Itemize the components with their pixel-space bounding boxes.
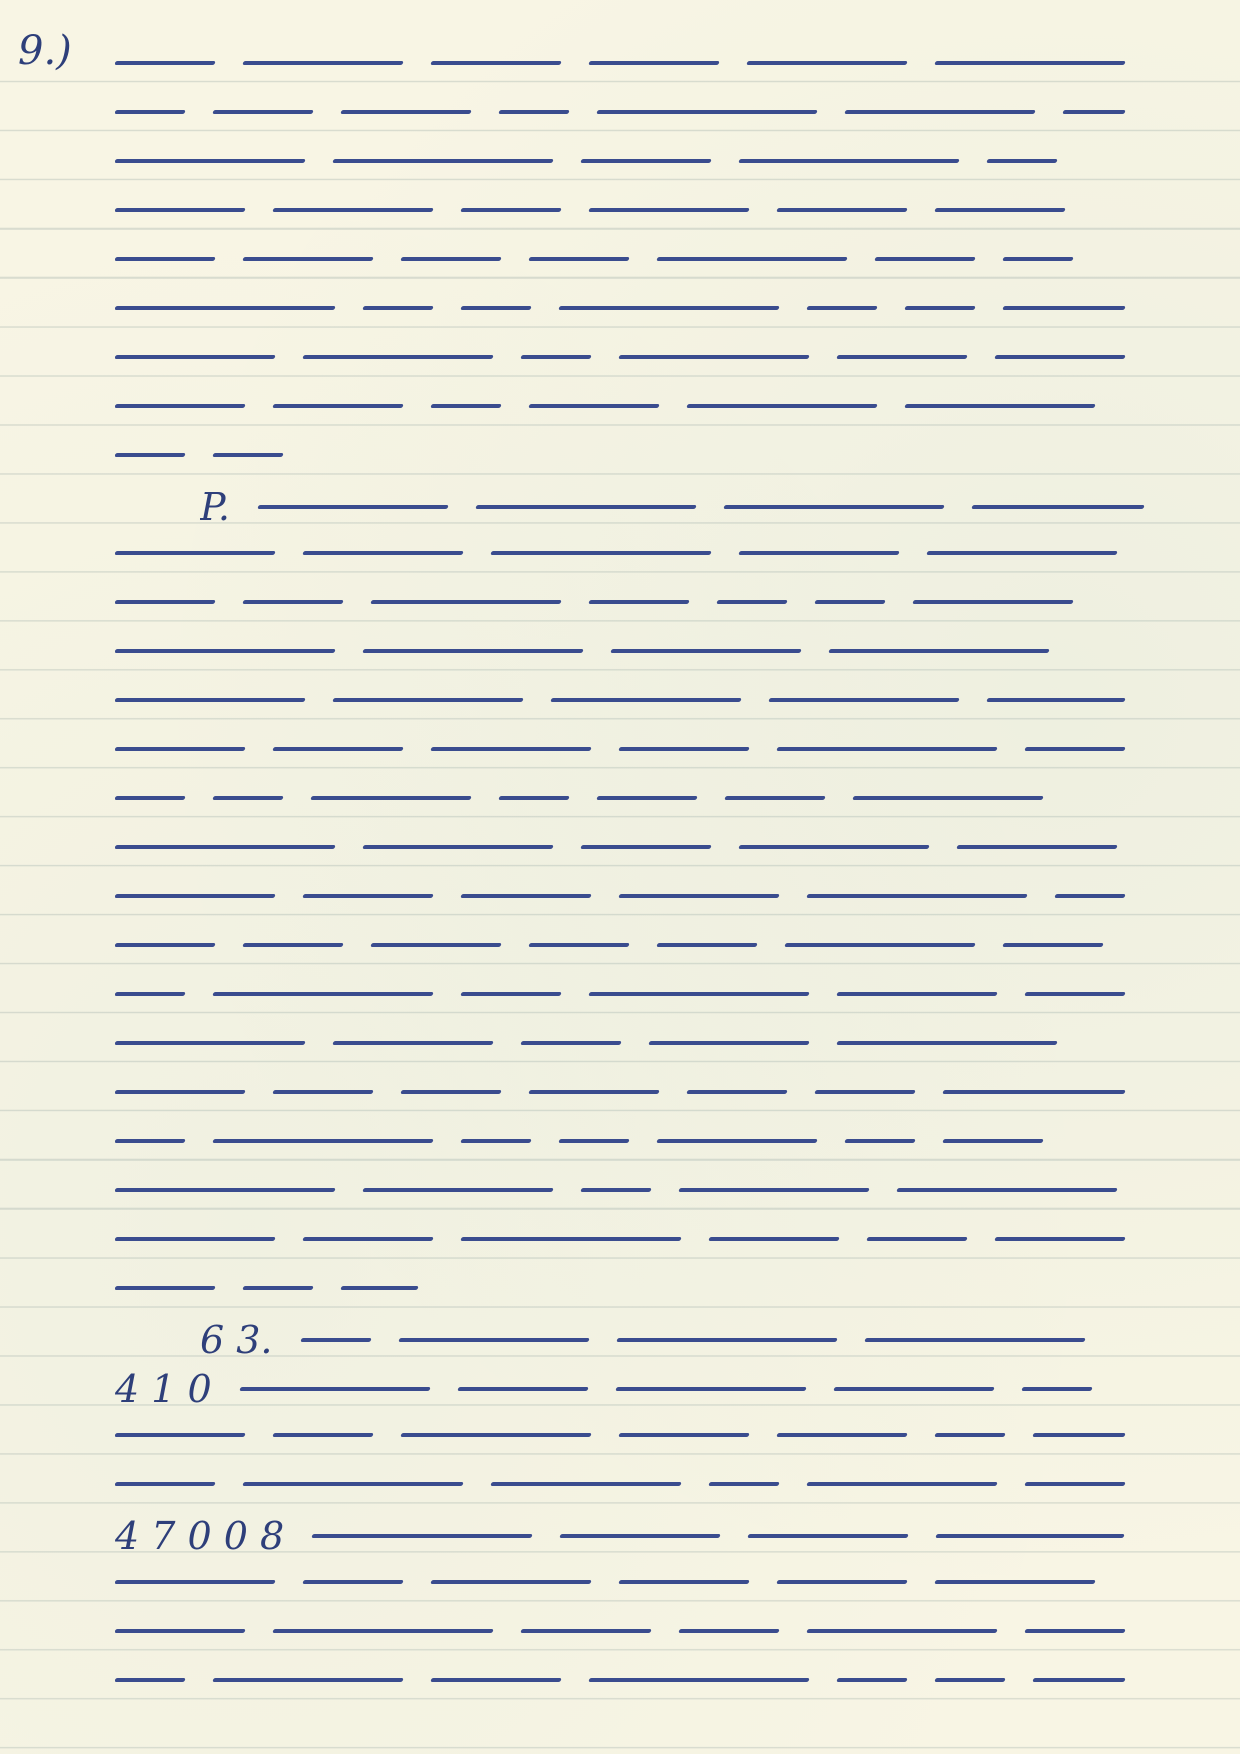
ink-word [806,1482,997,1486]
ink-word [400,1090,501,1094]
ink-word [618,747,749,751]
ink-word [520,355,591,359]
ink-word [806,1629,997,1633]
ink-word [520,1629,651,1633]
ink-word [310,796,471,800]
ink-word [242,943,343,947]
ink-word [986,159,1057,163]
ink-word [272,404,403,408]
ink-word [1002,943,1103,947]
ink-word [738,551,899,555]
ink-word [708,1237,839,1241]
line-marker: P. [200,485,230,529]
ink-word [430,404,501,408]
ink-word [836,1041,1057,1045]
ink-word [212,453,283,457]
ink-word [1054,894,1125,898]
handwritten-line [115,1171,1210,1215]
ink-word [115,159,306,163]
ink-word [115,845,336,849]
ink-word [115,1237,276,1241]
ink-word [242,61,403,65]
ink-word [300,1338,371,1342]
manuscript-page: 9.) P.6 3.4 1 04 7 0 0 8 [0,0,1240,1754]
line-marker: 4 1 0 [115,1367,212,1411]
ink-word [648,1041,809,1045]
ink-word [558,306,779,310]
ink-word [460,992,561,996]
ink-word [242,600,343,604]
handwritten-line [115,191,1210,235]
ink-word [528,404,659,408]
ink-word [833,1387,994,1391]
ink-word [768,698,959,702]
ink-word [370,600,561,604]
ink-word [115,208,246,212]
ink-word [1024,1629,1125,1633]
handwritten-line [115,632,1210,676]
ink-word [370,943,501,947]
ink-word [724,796,825,800]
handwritten-line [115,240,1210,284]
ink-word [747,1534,908,1538]
line-marker: 6 3. [200,1318,273,1362]
ink-word [814,1090,915,1094]
ink-word [115,1678,186,1682]
ink-word [616,1338,837,1342]
ink-word [852,796,1043,800]
line-marker: 4 7 0 0 8 [115,1514,284,1558]
ink-word [844,110,1035,114]
ink-word [490,551,711,555]
ink-word [242,257,373,261]
ink-word [723,505,944,509]
ink-word [784,943,975,947]
ink-word [942,1090,1125,1094]
handwritten-line [115,1220,1210,1264]
ink-word [272,1090,373,1094]
handwritten-line [115,1416,1210,1460]
ink-word [994,1237,1125,1241]
ink-word [302,1237,433,1241]
handwritten-line [115,877,1210,921]
ink-word [115,1090,246,1094]
ink-word [615,1387,806,1391]
ink-word [430,1678,561,1682]
ink-word [475,505,696,509]
ink-word [115,453,186,457]
ink-word [362,1188,553,1192]
ink-word [212,796,283,800]
ink-word [115,551,276,555]
ink-word [302,355,493,359]
ink-word [844,1139,915,1143]
ink-word [302,894,433,898]
ink-word [332,1041,493,1045]
ink-word [904,306,975,310]
ink-word [1002,306,1125,310]
ink-word [1002,257,1073,261]
ink-word [618,1580,749,1584]
ink-word [115,649,336,653]
ink-word [678,1188,869,1192]
ink-word [400,257,501,261]
ink-word [618,894,779,898]
handwritten-line [115,1465,1210,1509]
ink-word [738,845,929,849]
ink-word [1024,992,1125,996]
ink-word [1024,747,1125,751]
ink-word [678,1629,779,1633]
handwritten-line [115,1269,1210,1313]
handwritten-line: 6 3. [200,1318,1210,1362]
ink-word [115,1286,216,1290]
ink-word [302,551,463,555]
ink-word [115,796,186,800]
ink-word [115,600,216,604]
ink-word [528,943,629,947]
ink-word [430,61,561,65]
ink-word [588,1678,809,1682]
ink-word [896,1188,1117,1192]
ink-word [596,110,817,114]
ink-word [836,355,967,359]
ink-word [115,894,276,898]
ink-word [460,1139,531,1143]
ink-word [580,1188,651,1192]
ink-word [430,1580,591,1584]
ink-word [806,306,877,310]
ink-word [656,943,757,947]
ink-word [460,208,561,212]
ink-word [864,1338,1085,1342]
ink-word [272,208,433,212]
ink-word [115,698,306,702]
ink-word [239,1387,430,1391]
handwritten-line [115,387,1210,431]
ink-word [272,1629,493,1633]
handwritten-line [115,436,1210,480]
ink-word [115,1433,246,1437]
handwritten-line [115,583,1210,627]
ink-word [994,355,1125,359]
ink-word [1032,1433,1125,1437]
ink-word [1024,1482,1125,1486]
ink-word [559,1534,720,1538]
ink-word [618,1433,749,1437]
ink-word [956,845,1117,849]
ink-word [596,796,697,800]
ink-word [528,257,629,261]
ink-word [460,306,531,310]
ink-word [362,306,433,310]
ink-word [340,1286,418,1290]
ink-word [935,1534,1124,1538]
ink-word [115,1188,336,1192]
page-number: 9.) [18,28,72,74]
ink-word [115,1629,246,1633]
handwritten-line [115,534,1210,578]
handwritten-line [115,1563,1210,1607]
handwritten-line [115,1612,1210,1656]
ink-word [904,404,1095,408]
ink-word [272,1433,373,1437]
ink-word [212,110,313,114]
ink-word [1032,1678,1125,1682]
handwritten-line [115,779,1210,823]
handwritten-line [115,44,1210,88]
ink-word [934,1678,1005,1682]
ink-word [550,698,741,702]
handwritten-line [115,681,1210,725]
ink-word [302,1580,403,1584]
ink-word [814,600,885,604]
ink-word [311,1534,532,1538]
ink-word [934,1433,1005,1437]
ink-word [272,747,403,751]
ink-word [115,747,246,751]
ink-word [874,257,975,261]
ink-word [926,551,1117,555]
ink-word [332,698,523,702]
ink-word [776,208,907,212]
ink-word [934,208,1065,212]
ink-word [776,747,997,751]
ink-word [242,1482,463,1486]
ink-word [746,61,907,65]
ink-word [400,1433,591,1437]
ink-word [212,992,433,996]
ink-word [115,1139,186,1143]
ink-word [580,159,711,163]
ink-word [460,894,591,898]
ink-word [828,649,1049,653]
handwritten-line: 4 7 0 0 8 [115,1514,1210,1558]
ink-word [430,747,591,751]
handwritten-line: P. [200,485,1210,529]
ink-word [242,1286,313,1290]
ink-word [498,796,569,800]
ink-word [708,1482,779,1486]
ink-word [115,992,186,996]
ink-word [588,600,689,604]
ink-word [580,845,711,849]
ink-word [332,159,553,163]
ink-word [618,355,809,359]
ink-word [836,992,997,996]
ink-word [490,1482,681,1486]
ink-word [398,1338,589,1342]
handwritten-line [115,730,1210,774]
ink-word [457,1387,588,1391]
ink-word [528,1090,659,1094]
ink-word [362,649,583,653]
ink-word [912,600,1073,604]
ink-word [558,1139,629,1143]
ink-word [115,1482,216,1486]
ink-word [776,1433,907,1437]
ink-word [212,1678,403,1682]
ink-word [776,1580,907,1584]
ink-word [115,306,336,310]
handwritten-line [115,975,1210,1019]
ink-word [934,1580,1095,1584]
ink-word [866,1237,967,1241]
ink-word [212,1139,433,1143]
ink-word [115,1041,306,1045]
ink-word [115,1580,276,1584]
handwritten-line [115,1122,1210,1166]
ink-word [1021,1387,1092,1391]
ink-word [1062,110,1125,114]
ink-word [836,1678,907,1682]
ink-word [115,257,216,261]
handwritten-line [115,1024,1210,1068]
ink-word [115,355,276,359]
ink-word [588,208,749,212]
handwritten-line [115,1073,1210,1117]
ink-word [257,505,448,509]
ink-word [716,600,787,604]
ink-word [971,505,1144,509]
ink-word [362,845,553,849]
ink-word [115,943,216,947]
handwritten-line [115,338,1210,382]
ink-word [520,1041,621,1045]
ink-word [686,404,877,408]
ink-word [588,61,719,65]
ink-word [460,1237,681,1241]
ink-word [934,61,1125,65]
handwritten-line [115,828,1210,872]
handwritten-line [115,1661,1210,1705]
ink-word [686,1090,787,1094]
ink-word [656,1139,817,1143]
handwritten-line [115,289,1210,333]
handwritten-line: 4 1 0 [115,1367,1210,1411]
ink-word [986,698,1125,702]
ink-word [806,894,1027,898]
ink-word [738,159,959,163]
ink-word [115,110,186,114]
ink-word [340,110,471,114]
handwritten-line [115,93,1210,137]
ink-word [115,404,246,408]
ink-word [942,1139,1043,1143]
ink-word [656,257,847,261]
ink-word [610,649,801,653]
ink-word [588,992,809,996]
ink-word [115,61,216,65]
handwritten-line [115,926,1210,970]
handwritten-line [115,142,1210,186]
ink-word [498,110,569,114]
